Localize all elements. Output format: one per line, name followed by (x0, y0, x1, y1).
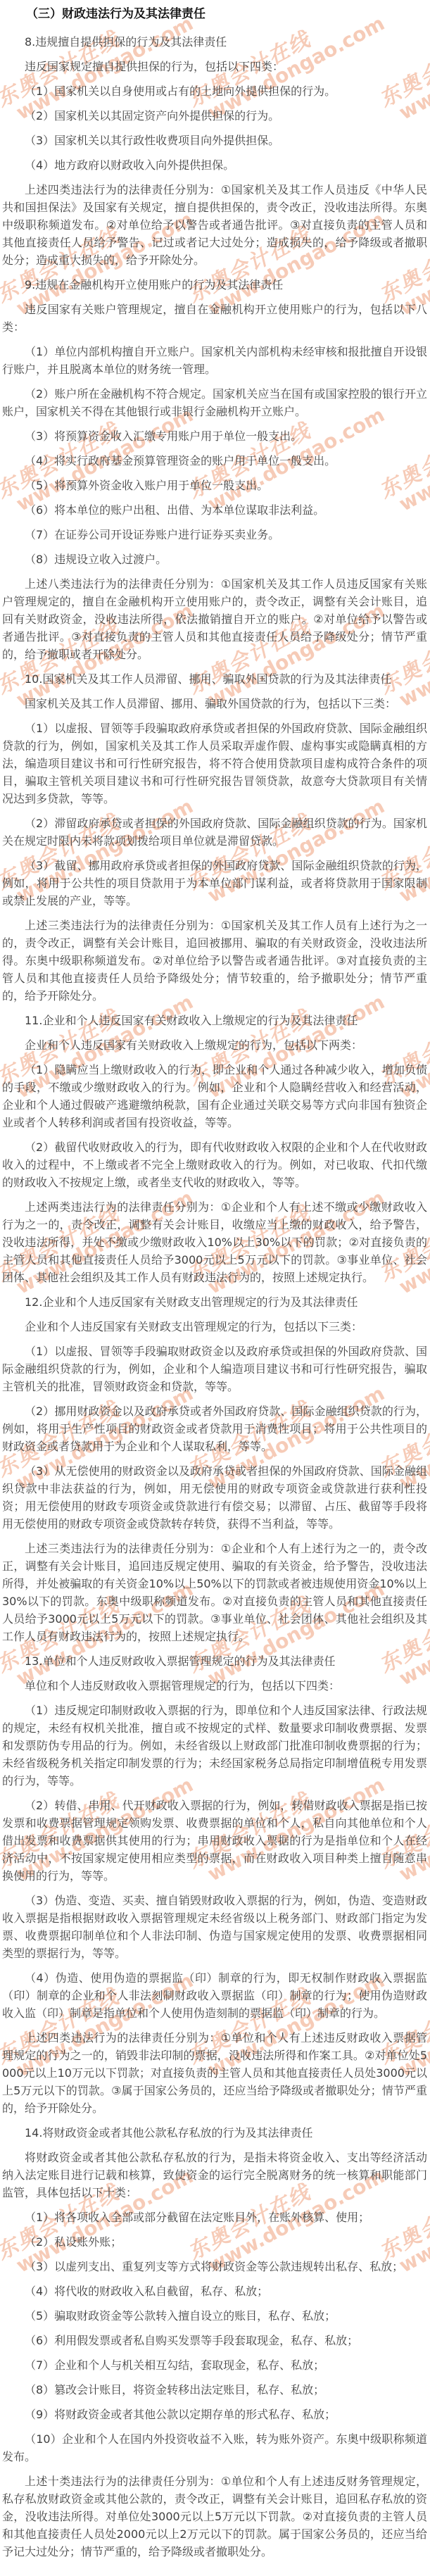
paragraph: 上述三类违法行为的法律责任分别为：①国家机关及其工作人员有上述行为之一的，责令改… (2, 917, 427, 1005)
paragraph: （7）企业和个人与机关相互勾结，套取现金，私存、私放； (2, 2356, 427, 2374)
paragraph: （4）将实行政府基金预算管理资金的账户用于单位一般支出。 (2, 452, 427, 470)
paragraph: （6）将本单位的账户出租、出借、为本单位谋取非法利益。 (2, 501, 427, 519)
paragraph: （1）将各项收入全部或部分截留在法定账目外，在账外核算、使用； (2, 2209, 427, 2226)
paragraph: （7）在证券公司开设证券账户进行证券买卖业务。 (2, 526, 427, 544)
paragraph: （1）违反规定印制财政收入票据的行为，即单位和个人违反国家法律、行政法规的规定，… (2, 1702, 427, 1790)
paragraph: 单位和个人违反财政收入票据管理规定的行为，包括以下四类： (2, 1677, 427, 1695)
paragraph: 企业和个人违反国家有关财政收入上缴规定的行为，包括以下两类： (2, 1036, 427, 1054)
paragraph: 上述四类违法行为的法律责任分别为：①国家机关及其工作人员违反《中华人民共和国担保… (2, 181, 427, 269)
paragraph: （4）将代收的财政收入私自截留，私存、私放； (2, 2282, 427, 2300)
paragraph: （10）企业和个人在国内外投资收益不入账，转为账外资产。东奥中级职称频道发布。 (2, 2430, 427, 2465)
section-heading: 10.国家机关及其工作人员滞留、挪用、骗取外国贷款的行为及其法律责任 (2, 670, 427, 688)
paragraph: （1）单位内部机构擅自开立账户。国家机关内部机构未经审核和报批擅自开设银行账户，… (2, 343, 427, 378)
paragraph: （1）隐瞒应当上缴财政收入的行为，即企业和个人通过各种减少收入，增加负债的手段，… (2, 1061, 427, 1131)
paragraph: （2）截留代收财政收入的行为，即有代收财政收入权限的企业和个人在代收财政收入的过… (2, 1138, 427, 1191)
paragraph: 国家机关及其工作人员滞留、挪用、骗取外国贷款的行为，包括以下三类： (2, 695, 427, 712)
document-page: 东奥会计在线www.dongao.com东奥会计在线www.dongao.com… (0, 0, 430, 2576)
paragraph: 上述四类违法行为的法律责任分别为：①单位和个人有上述违反财政收入票据管理规定的行… (2, 2029, 427, 2117)
paragraph: （2）挪用财政资金以及政府承贷或者外国政府贷款、国际金融组织贷款的行为，例如，将… (2, 1402, 427, 1455)
paragraph: （3）以虚列支出、重复列支等方式将财政资金等公款违规转出私存、私放； (2, 2258, 427, 2275)
paragraph: （1）以虚报、冒领等手段骗取财政资金以及政府承贷或担保的外国政府贷款、国际金融组… (2, 1343, 427, 1395)
paragraph: 上述两类违法行为的法律责任分别为：①企业和个人有上述不缴或少缴财政收入行为之一的… (2, 1198, 427, 1286)
paragraph: 上述八类违法行为的法律责任分别为：①国家机关及其工作人员违反国家有关账户管理规定… (2, 575, 427, 663)
paragraph: （2）国家机关以其固定资产向外提供担保的行为。 (2, 107, 427, 125)
section-heading: 8.违规擅自提供担保的行为及其法律责任 (2, 33, 427, 51)
paragraph: 违反国家规定擅自提供担保的行为，包括以下四类： (2, 58, 427, 75)
section-heading: 11.企业和个人违反国家有关财政收入上缴规定的行为及其法律责任 (2, 1012, 427, 1029)
paragraph: （3）伪造、变造、买卖、擅自销毁财政收入票据的行为，例如，伪造、变造财政收入票据… (2, 1892, 427, 1962)
paragraph: 将财政资金或者其他公款私存私放的行为，是指未将资金收入、支出等经济活动纳入法定账… (2, 2149, 427, 2201)
section-heading: 14.将财政资金或者其他公款私存私放的行为及其法律责任 (2, 2124, 427, 2142)
paragraph: （8）篡改会计账目，将资金转移出法定账目，私存、私放； (2, 2381, 427, 2399)
paragraph: 违反国家有关账户管理规定，擅自在金融机构开立使用账户的行为，包括以下八类： (2, 301, 427, 336)
paragraph: 上述三类违法行为的法律责任分别为：①企业和个人有上述行为之一的，责令改正，调整有… (2, 1540, 427, 1645)
paragraph: （3）将预算资金收入汇缴专用账户用于单位一般支出。 (2, 427, 427, 445)
paragraph: （3）截留、挪用政府承贷或者担保的外国政府贷款、国际金融组织贷款的行为，例如，将… (2, 857, 427, 910)
section-heading: 9.违规在金融机构开立使用账户的行为及其法律责任 (2, 276, 427, 294)
paragraph: 上述十类违法行为的法律责任分别为：①单位和个人有上述违反财务管理规定，私存私放财… (2, 2473, 427, 2561)
paragraph: （9）将财政资金或者其他公款以定期存单的形式私存、私放； (2, 2406, 427, 2423)
paragraph: （3）从无偿使用的财政资金以及政府承贷或者担保的外国政府贷款、国际金融组织贷款中… (2, 1462, 427, 1533)
paragraph: （2）账户所在金融机构不符合规定。国家机关应当在国有或国家控股的银行开立账户，国… (2, 385, 427, 420)
section-heading: 13.单位和个人违反财政收入票据管理规定的行为及其法律责任 (2, 1652, 427, 1670)
paragraph: （6）利用假发票或者私自购买发票等手段套取现金，私存、私放； (2, 2332, 427, 2349)
paragraph: （4）地方政府以财政收入向外提供担保。 (2, 156, 427, 174)
section-heading: 12.企业和个人违反国家有关财政支出管理规定的行为及其法律责任 (2, 1293, 427, 1311)
document-content: （三）财政违法行为及其法律责任8.违规擅自提供担保的行为及其法律责任违反国家规定… (0, 0, 430, 2576)
paragraph: （1）以虚报、冒领等手段骗取政府承贷或者担保的外国政府贷款、国际金融组织贷款的行… (2, 720, 427, 808)
paragraph: （3）国家机关以其行政性收费项目向外提供担保。 (2, 132, 427, 149)
paragraph: （1）国家机关以自身使用或占有的土地向外提供担保的行为。 (2, 82, 427, 100)
paragraph: （4）伪造、使用伪造的票据监（印）制章的行为，即无权制作财政收入票据监（印）制章… (2, 1969, 427, 2022)
paragraph: （2）转借、串用、代开财政收入票据的行为，例如，转借财政收入票据是指已按发票和收… (2, 1797, 427, 1885)
paragraph: 企业和个人违反国家有关财政支出管理规定的行为，包括以下三类： (2, 1318, 427, 1336)
paragraph: （2）私设账外账； (2, 2233, 427, 2251)
paragraph: （2）滞留政府承贷或者担保的外国政府贷款、国际金融组织贷款的行为。国家机关在规定… (2, 815, 427, 850)
paragraph: （8）违规设立收入过渡户。 (2, 551, 427, 568)
doc-title: （三）财政违法行为及其法律责任 (2, 6, 427, 23)
paragraph: （5）将预算外资金收入账户用于单位一般支出。 (2, 477, 427, 494)
paragraph: （5）骗取财政资金等公款转入擅自设立的账目，私存、私放； (2, 2307, 427, 2325)
